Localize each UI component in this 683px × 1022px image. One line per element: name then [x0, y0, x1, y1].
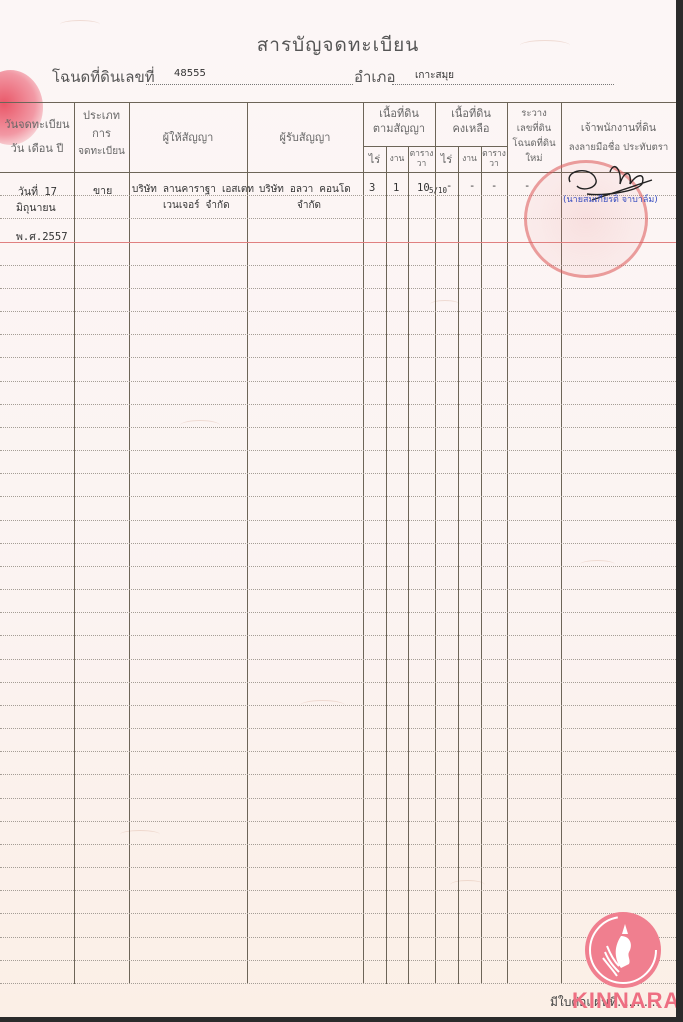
ruled-row-line — [0, 774, 676, 775]
header-officer-line1: เจ้าพนักงานที่ดิน — [561, 118, 676, 138]
table-top-border — [0, 102, 676, 103]
header-sqwa-line1: ตาราง — [408, 149, 435, 159]
ruled-row-line — [0, 473, 676, 474]
ruled-row-line — [0, 566, 676, 567]
row-contract-rai: 3 — [369, 182, 375, 194]
row-contract-ngan: 1 — [393, 182, 399, 194]
ruled-row-line — [0, 357, 676, 358]
header-area-contract: เนื้อที่ดิน ตามสัญญา — [363, 106, 435, 136]
header-officer-line2: ลงลายมือชื่อ ประทับตรา — [561, 138, 676, 158]
ruled-row-line — [0, 612, 676, 613]
header-sqwa-line2: วา — [481, 159, 507, 169]
row-registration-type: ขาย — [93, 182, 112, 199]
header-contract-rai: ไร่ — [363, 152, 386, 167]
ruled-row-line — [0, 844, 676, 845]
header-date-label: วันจดทะเบียน — [0, 117, 74, 132]
header-contract-sqwa: ตาราง วา — [408, 149, 435, 169]
header-area-remaining: เนื้อที่ดิน คงเหลือ — [435, 106, 507, 136]
ruled-row-line — [0, 821, 676, 822]
header-area-contract-line2: ตามสัญญา — [363, 121, 435, 136]
ruled-row-line — [0, 867, 676, 868]
row-grantor-line2: เวนเจอร์ จำกัด — [163, 198, 230, 213]
header-area-contract-line1: เนื้อที่ดิน — [363, 106, 435, 121]
row-date-year: พ.ศ.2557 — [16, 228, 68, 245]
ruled-row-line — [0, 913, 676, 914]
header-grantee: ผู้รับสัญญา — [247, 130, 363, 145]
land-deed-register-page: สารบัญจดทะเบียน โฉนดที่ดินเลขที่ 48555 อ… — [0, 0, 676, 1017]
col-divider — [386, 146, 387, 984]
header-registration-type: ประเภท การ จดทะเบียน — [74, 108, 129, 159]
row-grantee-line2: จำกัด — [297, 198, 321, 213]
ruled-row-line — [0, 705, 676, 706]
ruled-row-line — [0, 751, 676, 752]
ruled-row-line — [0, 589, 676, 590]
officer-name: (นายสมเกียรติ จาบาล์ม) — [563, 192, 658, 206]
ruled-row-line — [0, 983, 676, 984]
ruled-row-line — [0, 520, 676, 521]
header-land-officer: เจ้าพนักงานที่ดิน ลงลายมือชื่อ ประทับตรา — [561, 118, 676, 158]
ruled-row-line — [0, 728, 676, 729]
deed-number-dotted-line — [146, 84, 353, 85]
header-new-deed-line1: ระวาง — [507, 106, 561, 121]
ruled-row-line — [0, 404, 676, 405]
row-contract-sqwa-fraction: 5/10 — [429, 186, 447, 195]
header-new-deed-line4: ใหม่ — [507, 151, 561, 166]
ruled-row-line — [0, 288, 676, 289]
row-grantee-line1: บริษัท อลวา คอนโด — [259, 182, 351, 197]
deed-number-value: 48555 — [174, 68, 206, 79]
header-new-deed-line3: โฉนดที่ดิน — [507, 136, 561, 151]
header-remaining-ngan: งาน — [458, 154, 481, 164]
ruled-row-line — [0, 960, 676, 961]
page-title: สารบัญจดทะเบียน — [0, 30, 676, 60]
district-label: อำเภอ — [354, 65, 395, 89]
row-remaining-sqwa: - — [491, 180, 497, 192]
ruled-row-line — [0, 937, 676, 938]
ruled-row-line — [0, 311, 676, 312]
ruled-row-line — [0, 427, 676, 428]
header-date-sublabel: วัน เดือน ปี — [0, 141, 74, 156]
col-divider — [458, 146, 459, 984]
header-new-deed-line2: เลขที่ดิน — [507, 121, 561, 136]
header-sqwa-line1: ตาราง — [481, 149, 507, 159]
row-new-deed: - — [524, 180, 530, 192]
row-remaining-ngan: - — [469, 180, 475, 192]
ruled-row-line — [0, 890, 676, 891]
deed-number-label: โฉนดที่ดินเลขที่ — [52, 65, 155, 89]
ruled-row-line — [0, 682, 676, 683]
ruled-row-line — [0, 543, 676, 544]
header-remaining-sqwa: ตาราง วา — [481, 149, 507, 169]
row-contract-sqwa: 10 — [417, 182, 430, 194]
header-area-remaining-line1: เนื้อที่ดิน — [435, 106, 507, 121]
row-remaining-rai: - — [446, 180, 452, 192]
header-new-deed: ระวาง เลขที่ดิน โฉนดที่ดิน ใหม่ — [507, 106, 561, 166]
header-sqwa-line2: วา — [408, 159, 435, 169]
ruled-row-line — [0, 334, 676, 335]
ruled-row-line — [0, 659, 676, 660]
ruled-row-line — [0, 450, 676, 451]
row-grantor-line1: บริษัท ลานคาราฐา เอสเตท — [132, 182, 254, 197]
header-type-line1: ประเภท — [74, 108, 129, 123]
header-area-remaining-line2: คงเหลือ — [435, 121, 507, 136]
row-date-month: มิถุนายน — [16, 199, 56, 216]
col-divider — [481, 146, 482, 984]
ruled-row-line — [0, 635, 676, 636]
header-contract-ngan: งาน — [386, 154, 408, 164]
ruled-row-line — [0, 798, 676, 799]
ruled-row-line — [0, 496, 676, 497]
district-dotted-line — [392, 84, 614, 85]
kinnara-brand-text: KINNARA — [572, 988, 676, 1014]
header-type-line3: จดทะเบียน — [74, 144, 129, 159]
col-divider — [408, 146, 409, 984]
header-type-line2: การ — [74, 126, 129, 141]
ruled-row-line — [0, 381, 676, 382]
row-date-day: วันที่ 17 — [18, 183, 57, 200]
district-value: เกาะสมุย — [415, 68, 454, 83]
header-date: วันจดทะเบียน วัน เดือน ปี — [0, 117, 74, 156]
kinnara-logo-icon — [585, 912, 661, 988]
header-remaining-rai: ไร่ — [435, 152, 458, 167]
header-grantor: ผู้ให้สัญญา — [129, 130, 247, 145]
